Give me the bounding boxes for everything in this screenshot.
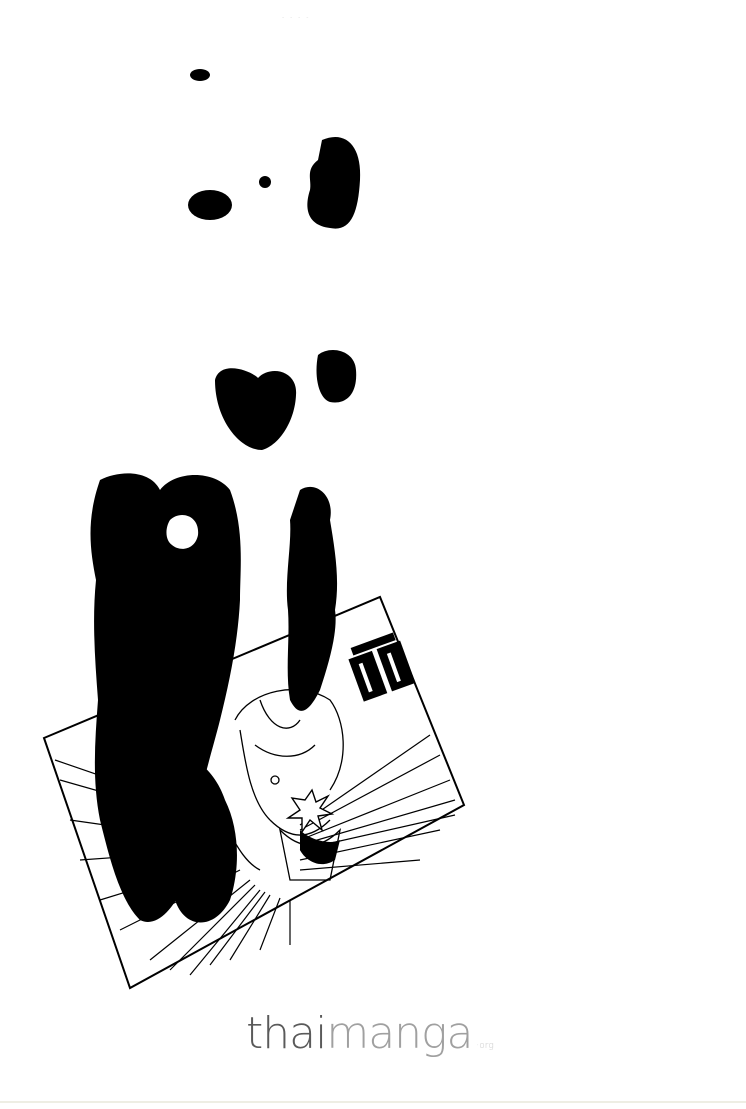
artwork — [0, 0, 746, 1109]
watermark-tld: ·org — [476, 1041, 493, 1051]
site-watermark: thaimanga·org — [246, 1012, 494, 1056]
manga-page: - - - - — [0, 0, 746, 1109]
watermark-part-thai: thai — [246, 1008, 326, 1059]
page-bottom-rule — [0, 1101, 746, 1103]
watermark-part-manga: manga — [326, 1008, 472, 1059]
